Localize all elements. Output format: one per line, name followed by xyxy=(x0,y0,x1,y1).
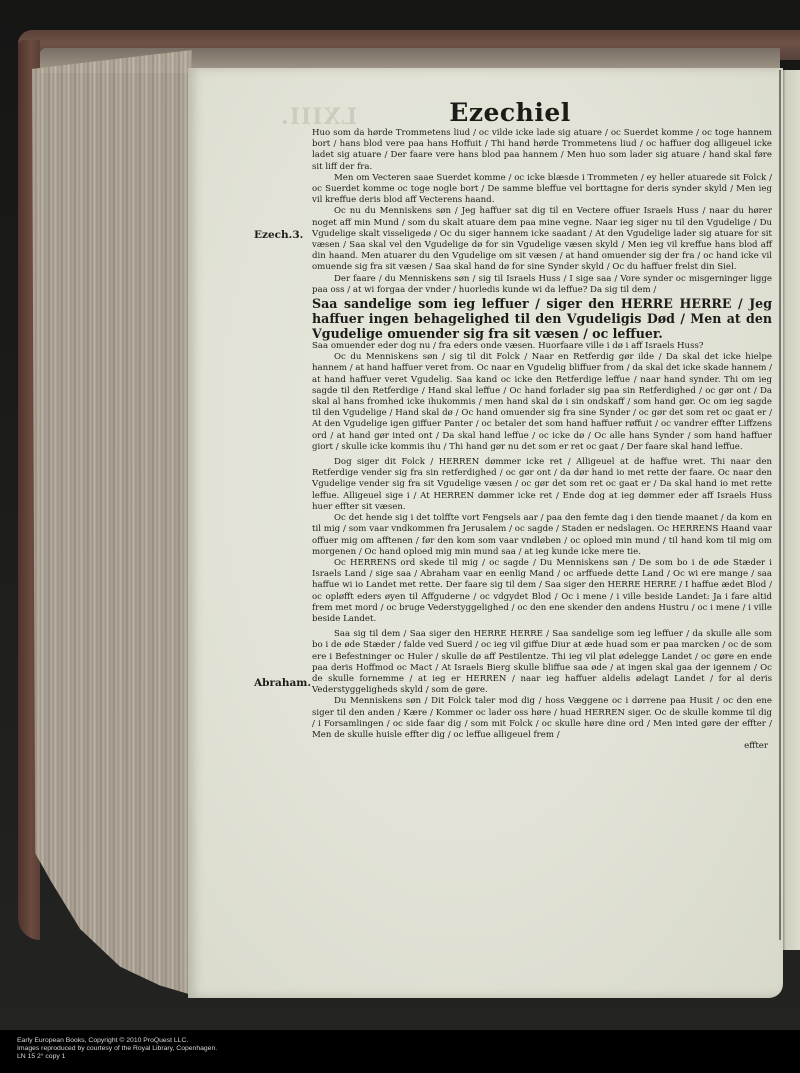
paragraph: Oc HERRENS ord skede til mig / oc sagde … xyxy=(312,558,772,625)
footer-courtesy-line: Images reproduced by courtesy of the Roy… xyxy=(17,1045,217,1053)
paragraph: Oc nu du Menniskens søn / Jeg haffuer sa… xyxy=(312,206,772,273)
catchword: effter xyxy=(312,741,772,752)
page-body-text: Huo som da hørde Trommetens liud / oc vi… xyxy=(312,128,772,752)
bleed-through-folio: LXIII. xyxy=(280,104,357,130)
emphasized-paragraph: Saa sandelige som ieg leffuer / siger de… xyxy=(312,296,772,341)
margin-note-abraham: Abraham. xyxy=(254,677,311,689)
paragraph: Oc det hende sig i det tolffte vort Feng… xyxy=(312,513,772,558)
paragraph: Dog siger dit Folck / HERREN dømmer icke… xyxy=(312,457,772,513)
paragraph: Saa omuender eder dog nu / fra eders ond… xyxy=(312,341,772,352)
copyright-footer: Early European Books, Copyright © 2010 P… xyxy=(0,1030,800,1073)
paragraph: Oc du Menniskens søn / sig til dit Folck… xyxy=(312,352,772,453)
paragraph: Du Menniskens søn / Dit Folck taler mod … xyxy=(312,696,772,741)
paragraph: Men om Vecteren saae Suerdet komme / oc … xyxy=(312,173,772,207)
adjacent-page-edge xyxy=(781,70,800,950)
page-block-fore-edge xyxy=(32,50,192,995)
footer-copyright-line: Early European Books, Copyright © 2010 P… xyxy=(17,1037,188,1045)
paragraph: Saa sig til dem / Saa siger den HERRE HE… xyxy=(312,629,772,696)
paragraph: Huo som da hørde Trommetens liud / oc vi… xyxy=(312,128,772,173)
paragraph: Der faare / du Menniskens søn / sig til … xyxy=(312,274,772,296)
footer-shelfmark-line: LN 15 2° copy 1 xyxy=(17,1053,65,1061)
margin-note-ezech: Ezech.3. xyxy=(254,229,303,241)
gutter-line xyxy=(779,70,781,940)
running-title: Ezechiel xyxy=(440,98,580,127)
